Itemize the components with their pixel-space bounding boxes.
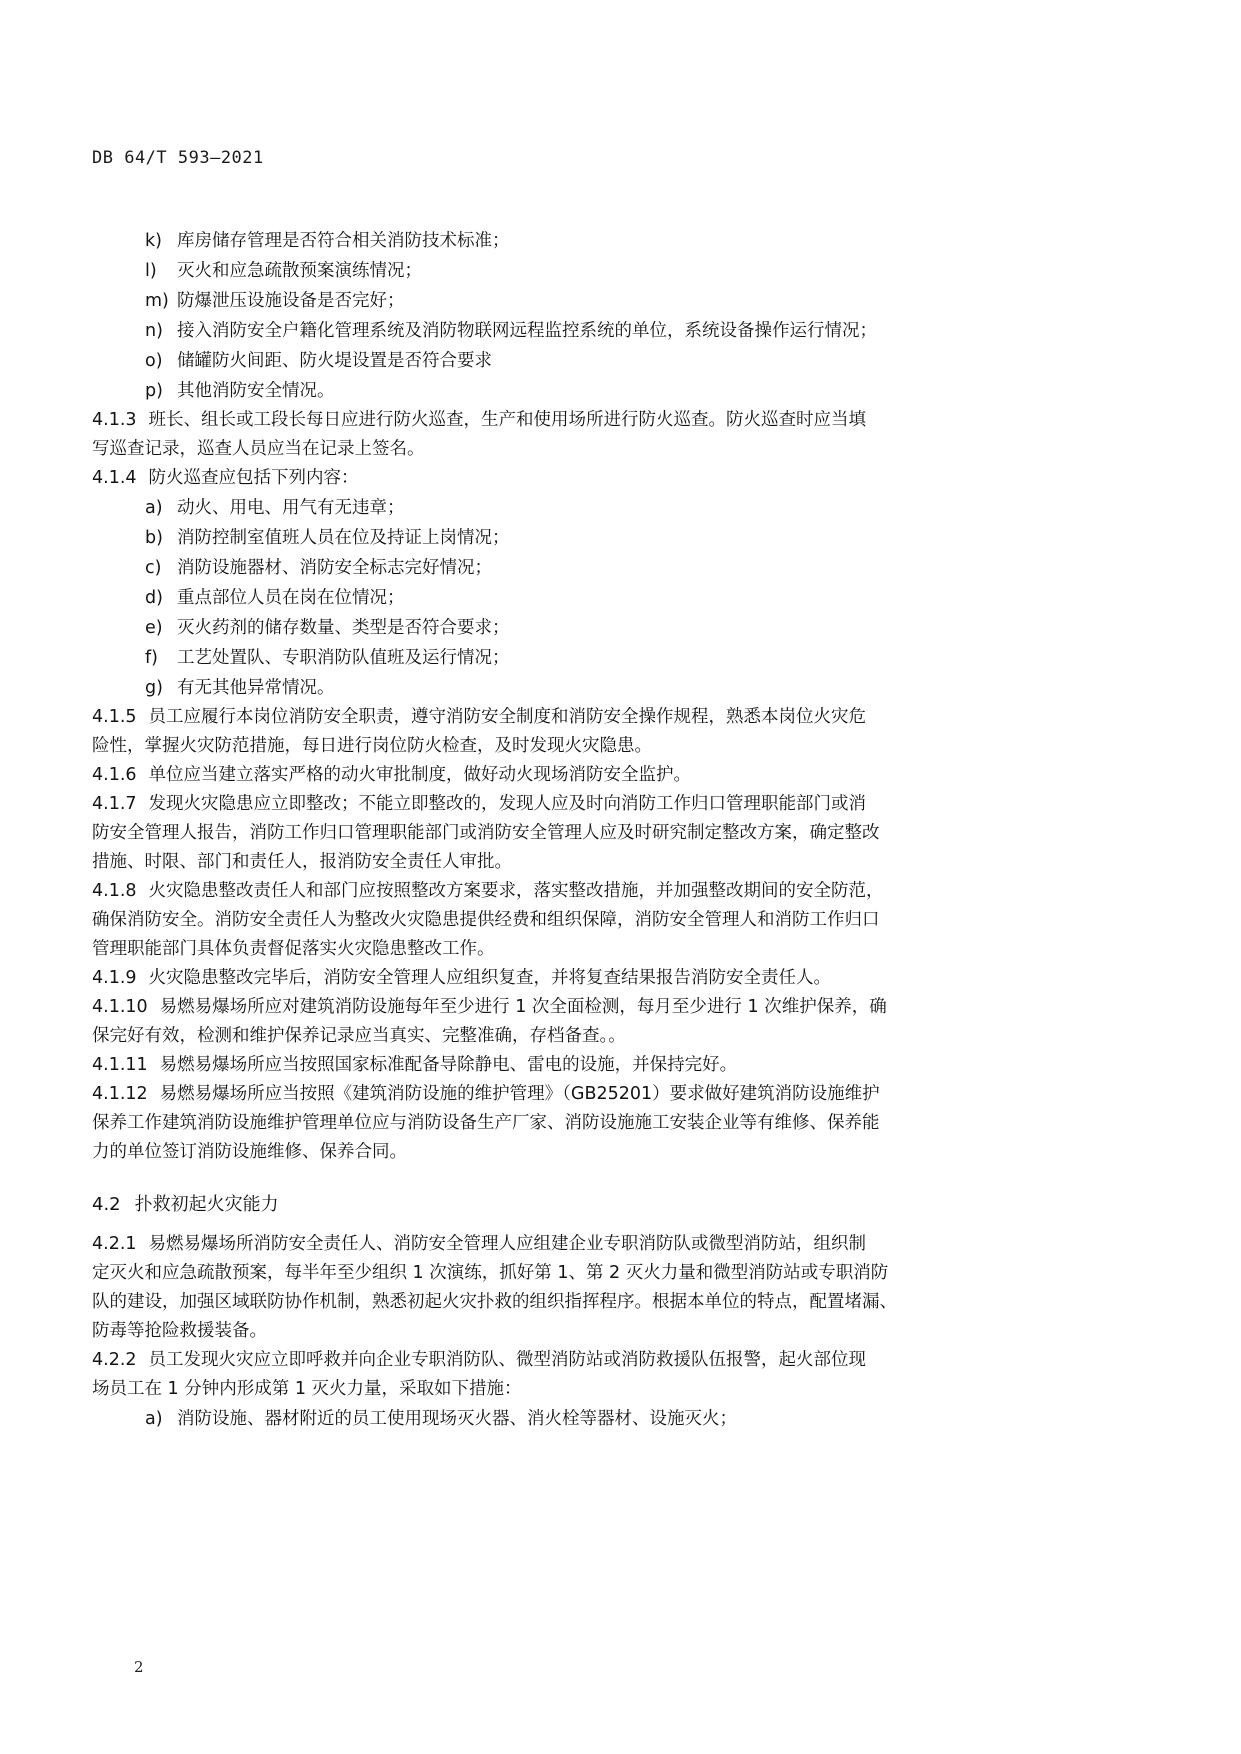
list-marker: g) [145,680,177,698]
clause-number: 4.1.4 [92,470,137,488]
list-item-text: 有无其他异常情况。 [177,678,335,698]
clause-4-1-5: 4.1.5员工应履行本岗位消防安全职责，遵守消防安全制度和消防安全操作规程，熟悉… [92,709,866,727]
clause-text: 易燃易爆场所应当按照《建筑消防设施的维护管理》（GB25201）要求做好建筑消防… [160,1084,880,1104]
list-marker: l) [145,263,177,281]
document-page: DB 64/T 593—2021 k)库房储存管理是否符合相关消防技术标准； l… [0,0,1241,1754]
list-item-text: 灭火和应急疏散预案演练情况； [177,261,422,281]
list-item-text: 库房储存管理是否符合相关消防技术标准； [177,231,510,251]
clause-text-line: 场员工在 1 分钟内形成第 1 灭火力量，采取如下措施： [92,1381,522,1399]
list-item-text: 消防控制室值班人员在位及持证上岗情况； [177,528,510,548]
clause-text-line: 保养工作建筑消防设施维护管理单位应与消防设备生产厂家、消防设施施工安装企业等有维… [92,1115,880,1133]
list-marker: k) [145,233,177,251]
clause-text-line: 保完好有效，检测和维护保养记录应当真实、完整准确，存档备查。。 [92,1028,626,1046]
section-heading-4-2: 4.2扑救初起火灾能力 [92,1190,279,1216]
clause-text-line: 险性，掌握火灾防范措施，每日进行岗位防火检查，及时发现火灾隐患。 [92,738,652,756]
clause-text-line: 防毒等抢险救援装备。 [92,1323,267,1341]
list-item-text: 其他消防安全情况。 [177,381,335,401]
list-item-text: 消防设施器材、消防安全标志完好情况； [177,558,492,578]
list-marker: f) [145,650,177,668]
clause-number: 4.1.7 [92,796,137,814]
list-item: f)工艺处置队、专职消防队值班及运行情况； [145,650,510,668]
list-item-text: 重点部位人员在岗在位情况； [177,588,405,608]
clause-number: 4.1.12 [92,1086,148,1104]
list-item: e)灭火药剂的储存数量、类型是否符合要求； [145,620,510,638]
clause-text: 发现火灾隐患应立即整改；不能立即整改的，发现人应及时向消防工作归口管理职能部门或… [149,794,867,814]
clause-number: 4.1.11 [92,1057,148,1075]
clause-text-line: 写巡查记录，巡查人员应当在记录上签名。 [92,441,425,459]
clause-4-1-9: 4.1.9火灾隐患整改完毕后，消防安全管理人应组织复查，并将复查结果报告消防安全… [92,970,831,988]
list-item-text: 储罐防火间距、防火堤设置是否符合要求 [177,351,492,371]
list-item-text: 工艺处置队、专职消防队值班及运行情况； [177,648,510,668]
clause-text: 班长、组长或工段长每日应进行防火巡查，生产和使用场所进行防火巡查。防火巡查时应当… [149,410,867,430]
list-item: m)防爆泄压设施设备是否完好； [145,293,405,311]
list-marker: b) [145,530,177,548]
clause-text-line: 力的单位签订消防设施维修、保养合同。 [92,1144,407,1162]
list-item: l)灭火和应急疏散预案演练情况； [145,263,422,281]
section-number: 4.2 [92,1194,121,1215]
clause-4-1-7: 4.1.7发现火灾隐患应立即整改；不能立即整改的，发现人应及时向消防工作归口管理… [92,796,866,814]
clause-4-1-12: 4.1.12易燃易爆场所应当按照《建筑消防设施的维护管理》（GB25201）要求… [92,1086,880,1104]
clause-text: 员工发现火灾应立即呼救并向企业专职消防队、微型消防站或消防救援队伍报警，起火部位… [149,1350,867,1370]
clause-text: 火灾隐患整改完毕后，消防安全管理人应组织复查，并将复查结果报告消防安全责任人。 [149,968,832,988]
list-marker: a) [145,500,177,518]
clause-number: 4.1.6 [92,767,137,785]
clause-text-line: 防安全管理人报告，消防工作归口管理职能部门或消防安全管理人应及时研究制定整改方案… [92,825,880,843]
document-code-header: DB 64/T 593—2021 [92,148,264,168]
list-marker: c) [145,560,177,578]
clause-4-2-2: 4.2.2员工发现火灾应立即呼救并向企业专职消防队、微型消防站或消防救援队伍报警… [92,1352,866,1370]
clause-text-line: 确保消防安全。消防安全责任人为整改火灾隐患提供经费和组织保障，消防安全管理人和消… [92,912,880,930]
list-item: d)重点部位人员在岗在位情况； [145,590,405,608]
list-item-text: 消防设施、器材附近的员工使用现场灭火器、消火栓等器材、设施灭火； [177,1409,737,1429]
clause-text: 易燃易爆场所消防安全责任人、消防安全管理人应组建企业专职消防队或微型消防站，组织… [149,1234,867,1254]
clause-4-1-6: 4.1.6单位应当建立落实严格的动火审批制度，做好动火现场消防安全监护。 [92,767,691,785]
list-marker: p) [145,383,177,401]
list-item: a)动火、用电、用气有无违章； [145,500,405,518]
clause-number: 4.1.5 [92,709,137,727]
list-item: g)有无其他异常情况。 [145,680,335,698]
list-item: k)库房储存管理是否符合相关消防技术标准； [145,233,510,251]
list-item-text: 防爆泄压设施设备是否完好； [177,291,405,311]
section-title: 扑救初起火灾能力 [135,1194,279,1215]
list-item-text: 接入消防安全户籍化管理系统及消防物联网远程监控系统的单位，系统设备操作运行情况； [177,321,877,341]
list-marker: e) [145,620,177,638]
clause-text: 易燃易爆场所应当按照国家标准配备导除静电、雷电的设施，并保持完好。 [160,1055,738,1075]
list-marker: a) [145,1411,177,1429]
clause-text-line: 管理职能部门具体负责督促落实火灾隐患整改工作。 [92,941,495,959]
list-item: o)储罐防火间距、防火堤设置是否符合要求 [145,353,492,371]
clause-text-line: 队的建设，加强区域联防协作机制，熟悉初起火灾扑救的组织指挥程序。根据本单位的特点… [92,1294,897,1312]
clause-4-1-10: 4.1.10易燃易爆场所应对建筑消防设施每年至少进行 1 次全面检测，每月至少进… [92,999,887,1017]
clause-number: 4.1.3 [92,412,137,430]
clause-4-1-8: 4.1.8火灾隐患整改责任人和部门应按照整改方案要求，落实整改措施，并加强整改期… [92,883,884,901]
list-marker: n) [145,323,177,341]
clause-text: 易燃易爆场所应对建筑消防设施每年至少进行 1 次全面检测，每月至少进行 1 次维… [160,997,887,1017]
clause-text: 火灾隐患整改责任人和部门应按照整改方案要求，落实整改措施，并加强整改期间的安全防… [149,881,884,901]
list-item: n)接入消防安全户籍化管理系统及消防物联网远程监控系统的单位，系统设备操作运行情… [145,323,877,341]
clause-number: 4.1.8 [92,883,137,901]
list-item-text: 灭火药剂的储存数量、类型是否符合要求； [177,618,510,638]
clause-number: 4.1.9 [92,970,137,988]
list-item: c)消防设施器材、消防安全标志完好情况； [145,560,492,578]
clause-4-1-4: 4.1.4防火巡查应包括下列内容： [92,470,359,488]
clause-number: 4.2.1 [92,1236,137,1254]
clause-text-line: 定灭火和应急疏散预案，每半年至少组织 1 次演练，抓好第 1、第 2 灭火力量和… [92,1265,888,1283]
clause-text-line: 措施、时限、部门和责任人，报消防安全责任人审批。 [92,854,512,872]
clause-text: 防火巡查应包括下列内容： [149,468,359,488]
list-marker: o) [145,353,177,371]
clause-4-1-11: 4.1.11易燃易爆场所应当按照国家标准配备导除静电、雷电的设施，并保持完好。 [92,1057,737,1075]
list-marker: m) [145,293,177,311]
clause-4-1-3: 4.1.3班长、组长或工段长每日应进行防火巡查，生产和使用场所进行防火巡查。防火… [92,412,866,430]
list-item: a)消防设施、器材附近的员工使用现场灭火器、消火栓等器材、设施灭火； [145,1411,737,1429]
clause-4-2-1: 4.2.1易燃易爆场所消防安全责任人、消防安全管理人应组建企业专职消防队或微型消… [92,1236,866,1254]
clause-text: 单位应当建立落实严格的动火审批制度，做好动火现场消防安全监护。 [149,765,692,785]
list-item: p)其他消防安全情况。 [145,383,335,401]
list-marker: d) [145,590,177,608]
clause-number: 4.1.10 [92,999,148,1017]
clause-text: 员工应履行本岗位消防安全职责，遵守消防安全制度和消防安全操作规程，熟悉本岗位火灾… [149,707,867,727]
page-number: 2 [134,1658,144,1676]
list-item-text: 动火、用电、用气有无违章； [177,498,405,518]
list-item: b)消防控制室值班人员在位及持证上岗情况； [145,530,510,548]
clause-number: 4.2.2 [92,1352,137,1370]
